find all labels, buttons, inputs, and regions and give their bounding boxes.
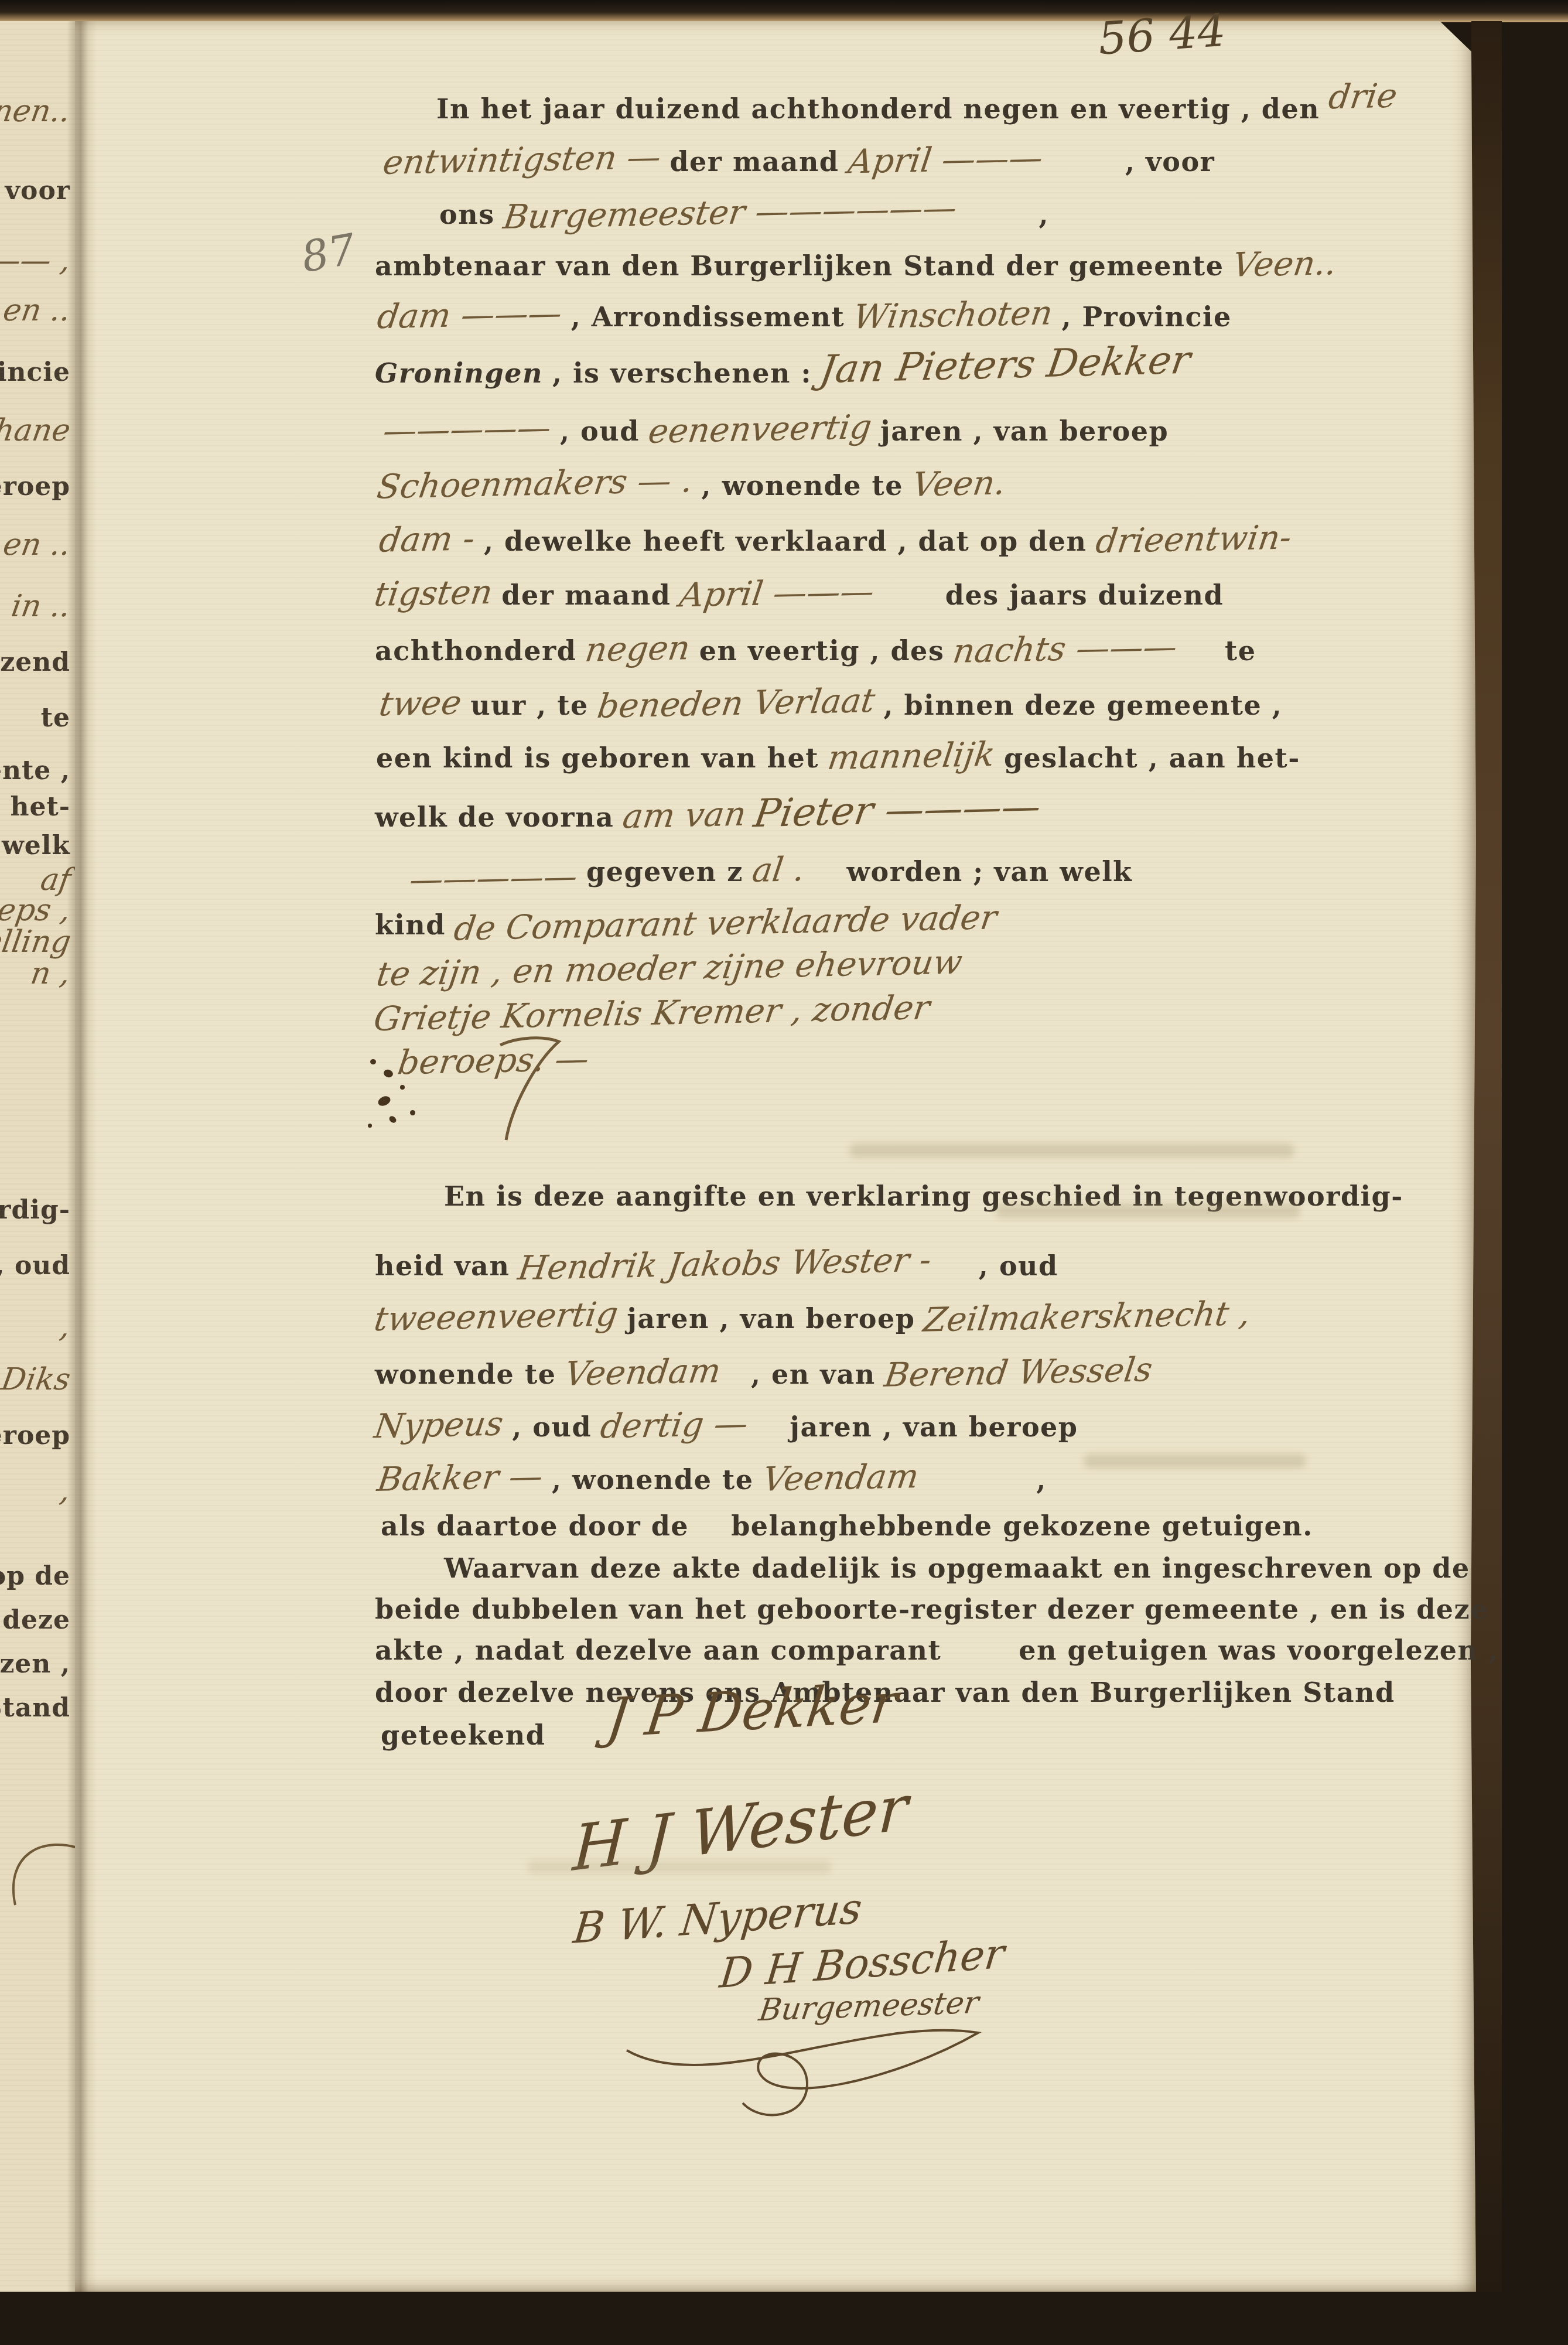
- printed-text: ,: [1038, 199, 1049, 230]
- handwritten-text: Burgemeester ——————: [501, 189, 959, 237]
- bleedthrough-smudge: [527, 1860, 832, 1874]
- handwritten-text: Winschoten: [851, 293, 1055, 336]
- signature-flourish: [615, 2009, 1025, 2126]
- handwritten-text: de Comparant verklaarde vader: [452, 898, 999, 948]
- text-gap: [951, 1658, 1009, 1660]
- handwritten-text: April ———: [845, 139, 1045, 182]
- text-line: ambtenaar van den Burgerlijken Stand der…: [375, 245, 1346, 284]
- printed-text: en veertig , des: [699, 635, 944, 667]
- handwritten-text: al .: [750, 850, 807, 890]
- text-gap: [1051, 170, 1116, 171]
- printed-text: geteekend: [381, 1719, 545, 1751]
- text-gap: [965, 223, 1029, 224]
- printed-text: uur , te: [470, 689, 589, 721]
- handwritten-text: Bakker —: [375, 1457, 545, 1499]
- text-line: heid vanHendrik Jakobs Wester -, oud: [375, 1245, 1068, 1284]
- text-line: als daartoe door debelanghebbende gekoze…: [381, 1510, 1323, 1542]
- text-line: wonende teVeendam, en vanBerend Wessels: [375, 1353, 1161, 1392]
- printed-text: een kind is geboren van het: [376, 742, 819, 774]
- handwritten-text: Zeilmakersknecht ,: [921, 1294, 1253, 1340]
- printed-text: , Provincie: [1061, 301, 1231, 333]
- printed-text: , is verschenen :: [552, 357, 812, 389]
- printed-text: , binnen deze gemeente ,: [884, 689, 1283, 721]
- text-line: tigstender maandApril ———des jaars duize…: [375, 574, 1233, 613]
- printed-text: des jaars duizend: [945, 579, 1224, 611]
- text-line: Bakker —, wonende teVeendam,: [378, 1459, 1056, 1497]
- printed-text: kind: [375, 909, 446, 941]
- handwritten-text: dam -: [377, 519, 477, 559]
- text-line: beide dubbelen van het geboorte-register…: [375, 1593, 1498, 1625]
- text-line: Nypeus, ouddertig —jaren , van beroep: [375, 1406, 1088, 1445]
- text-line: kindde Comparant verklaarde vader: [375, 904, 1005, 943]
- handwritten-text: —————: [381, 408, 554, 450]
- handwritten-text: eenenveertig: [646, 408, 874, 451]
- handwritten-text: Veendam: [760, 1457, 921, 1499]
- handwritten-text: Veendam: [562, 1351, 723, 1394]
- printed-text: als daartoe door de: [381, 1510, 689, 1542]
- printed-text: te: [1225, 635, 1256, 667]
- bleedthrough-smudge: [996, 1204, 1300, 1218]
- printed-text: der maand: [669, 146, 839, 178]
- ink-blot: [368, 1124, 372, 1128]
- printed-text: , en van: [751, 1358, 876, 1390]
- text-line: In het jaar duizend achthonderd negen en…: [436, 88, 1406, 127]
- text-gap: [940, 1274, 969, 1275]
- handwritten-text: mannelijk: [825, 735, 997, 777]
- printed-text: ambtenaar van den Burgerlijken Stand der…: [375, 250, 1224, 282]
- ink-blot: [388, 1115, 397, 1124]
- printed-text: , oud: [512, 1411, 592, 1443]
- text-gap: [1186, 659, 1215, 660]
- handwritten-text: tigsten: [372, 573, 495, 614]
- handwritten-text: negen: [583, 629, 693, 670]
- printed-text: ons: [439, 199, 495, 230]
- handwritten-text: tweeenveertig: [372, 1295, 620, 1339]
- handwritten-text: beneden Verlaat: [595, 681, 877, 726]
- printed-text: beide dubbelen van het geboorte-register…: [375, 1593, 1488, 1625]
- text-line: te zijn , en moeder zijne ehevrouw: [378, 949, 971, 988]
- text-line: geteekend: [381, 1719, 555, 1751]
- handwritten-text: Nypeus: [372, 1405, 505, 1446]
- text-line: welk de voornaam vanPieter ————: [375, 791, 1050, 836]
- handwritten-text: April ———: [677, 572, 877, 615]
- text-line: dam -, dewelke heeft verklaard , dat op …: [380, 520, 1300, 559]
- text-line: een kind is geboren van hetmannelijkgesl…: [376, 737, 1310, 776]
- printed-text: ,: [1036, 1464, 1047, 1496]
- text-line: —————gegeven zal .worden ; van welk: [410, 851, 1142, 889]
- printed-text: , dewelke heeft verklaard , dat op den: [484, 525, 1087, 557]
- ink-blot: [400, 1085, 405, 1090]
- printed-text: jaren , van beroep: [790, 1411, 1078, 1443]
- text-line: Waarvan deze akte dadelijk is opgemaakt …: [444, 1552, 1480, 1584]
- text-gap: [927, 1488, 1027, 1489]
- printed-text: , oud: [979, 1250, 1058, 1282]
- printed-text: en getuigen was voorgelezen ,: [1019, 1634, 1498, 1666]
- printed-text: , voor: [1125, 146, 1215, 178]
- handwritten-text: twee: [377, 684, 464, 724]
- text-line: Grietje Kornelis Kremer , zonder: [375, 994, 938, 1033]
- handwritten-text: te zijn , en moeder zijne ehevrouw: [374, 943, 965, 994]
- handwritten-text: am van: [620, 795, 749, 836]
- text-gap: [730, 1383, 742, 1384]
- folio-number: 56 44: [1096, 4, 1227, 65]
- printed-text: akte , nadat dezelve aan comparant: [375, 1634, 941, 1666]
- text-line: entwintigsten —der maandApril ———, voor: [384, 141, 1224, 179]
- handwritten-text: dertig —: [598, 1404, 750, 1446]
- printed-text: , wonende te: [702, 470, 903, 501]
- text-line: achthonderdnegenen veertig , desnachts —…: [375, 630, 1265, 668]
- printed-text: achthonderd: [375, 635, 576, 667]
- text-gap: [883, 603, 936, 605]
- text-gap: [757, 1435, 780, 1436]
- printed-text: geslacht , aan het-: [1004, 742, 1300, 774]
- pen-stroke: [498, 1036, 574, 1147]
- printed-text: der maand: [501, 579, 671, 611]
- text-line: Schoenmakers — ., wonende teVeen.: [378, 465, 1014, 503]
- text-line: Groningen, is verschenen :Jan Pieters De…: [375, 347, 1198, 392]
- handwritten-text: nachts ———: [951, 627, 1180, 671]
- printed-text: Waarvan deze akte dadelijk is opgemaakt …: [444, 1552, 1470, 1584]
- printed-text: , oud: [560, 415, 640, 447]
- printed-text: Groningen: [375, 357, 543, 389]
- printed-text: , Arrondissement: [571, 301, 845, 333]
- handwritten-text: Berend Wessels: [882, 1350, 1155, 1395]
- bleedthrough-smudge: [849, 1144, 1294, 1158]
- ink-blot: [382, 1069, 394, 1079]
- printed-text: jaren , van beroep: [880, 415, 1169, 447]
- handwritten-text: drieentwin-: [1093, 518, 1293, 561]
- text-gap: [698, 1534, 722, 1535]
- book-scan: enen.., voor—— ,en ..ovinciehaneberoepen…: [0, 0, 1568, 2345]
- printed-text: welk de voorna: [375, 801, 614, 833]
- ink-blot: [370, 1059, 376, 1064]
- handwritten-text: Veen..: [1231, 244, 1340, 285]
- handwritten-text: dam ———: [375, 294, 565, 337]
- printed-text: belanghebbende gekozene getuigen.: [731, 1510, 1313, 1542]
- text-gap: [814, 880, 837, 881]
- printed-text: worden ; van welk: [846, 856, 1132, 888]
- printed-text: heid van: [375, 1250, 510, 1282]
- handwritten-text: Veen.: [910, 463, 1008, 504]
- text-line: —————, oudeenenveertigjaren , van beroep: [384, 410, 1178, 449]
- printed-text: wonende te: [375, 1358, 556, 1390]
- handwritten-text: drie: [1326, 77, 1399, 117]
- act-number: 87: [298, 224, 359, 282]
- ink-blot: [410, 1110, 415, 1115]
- bleedthrough-smudge: [1084, 1454, 1306, 1468]
- text-line: onsBurgemeester ——————,: [439, 193, 1058, 232]
- handwritten-text: Grietje Kornelis Kremer , zonder: [371, 988, 932, 1039]
- handwritten-text: Jan Pieters Dekker: [817, 337, 1194, 392]
- text-line: dam ———, ArrondissementWinschoten, Provi…: [378, 296, 1241, 334]
- handwritten-text: entwintigsten —: [381, 138, 664, 182]
- handwritten-text: Pieter ————: [751, 784, 1044, 837]
- printed-text: , wonende te: [552, 1464, 753, 1496]
- text-line: akte , nadat dezelve aan comparanten get…: [375, 1634, 1508, 1666]
- text-line: tweeuur , tebeneden Verlaat, binnen deze…: [380, 684, 1292, 723]
- ink-blot: [377, 1094, 392, 1108]
- printed-text: In het jaar duizend achthonderd negen en…: [436, 93, 1320, 125]
- handwritten-text: Schoenmakers — .: [375, 461, 695, 506]
- printed-text: jaren , van beroep: [627, 1303, 915, 1334]
- handwritten-text: —————: [407, 857, 580, 899]
- document-content: 56 44 87 In het jaar duizend achthonderd…: [0, 0, 1568, 2345]
- handwritten-text: Hendrik Jakobs Wester -: [516, 1241, 934, 1288]
- printed-text: gegeven z: [586, 856, 743, 888]
- text-line: tweeenveertigjaren , van beroepZeilmaker…: [375, 1298, 1259, 1336]
